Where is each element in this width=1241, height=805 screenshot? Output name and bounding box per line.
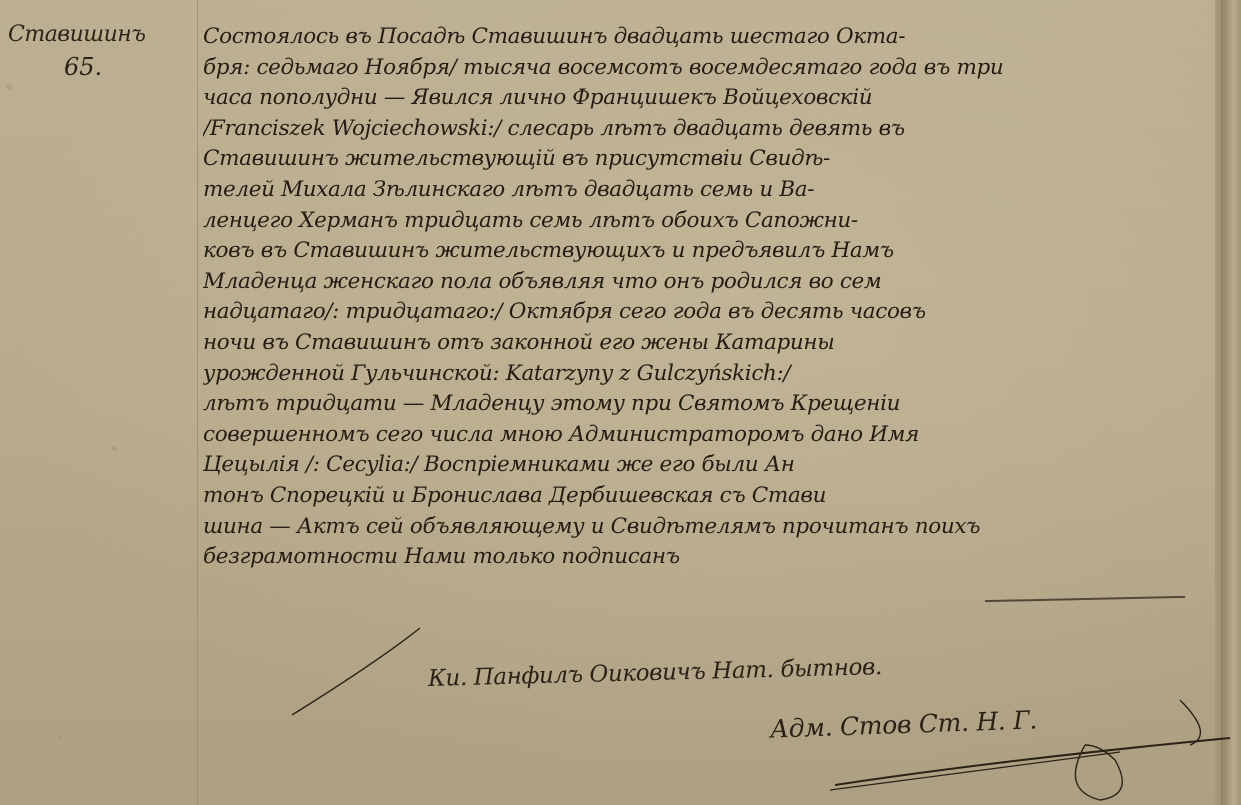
signature-official: Ки. Панфилъ Оиковичъ Нат. бытнов. [428,654,882,692]
text-line: ленцего Херманъ тридцать семь лѣтъ обоих… [203,206,1203,237]
margin-annotation: Ставишинъ 65. [8,20,193,84]
text-line: тонъ Спорецкiй и Бронислава Дербишевская… [203,481,1203,512]
text-line: урожденной Гульчинской: Katarzyny z Gulc… [203,359,1203,390]
text-line: лѣтъ тридцати — Младенцу этому при Свято… [203,389,1203,420]
margin-rule-line [197,0,198,805]
record-body: Состоялось въ Посадѣ Ставишинъ двадцать … [203,22,1203,573]
text-line: бря: седьмаго Ноября/ тысяча восемсотъ в… [203,53,1203,84]
text-line: Состоялось въ Посадѣ Ставишинъ двадцать … [203,22,1203,53]
text-line: безграмотности Нами только подписанъ [203,542,1203,573]
text-line: Младенца женскаго пола объявляя что онъ … [203,267,1203,298]
text-line: Цецылiя /: Cecylia:/ Воспрiемниками же е… [203,450,1203,481]
text-line: телей Михала Зѣлинскаго лѣтъ двадцать се… [203,175,1203,206]
text-line: Ставишинъ жительствующiй въ присутствiи … [203,144,1203,175]
record-number: 65. [64,50,193,84]
text-line: ночи въ Ставишинъ отъ законной его жены … [203,328,1203,359]
text-line: /Franciszek Wojciechowski:/ слесарь лѣтъ… [203,114,1203,145]
closing-line-flourish [985,596,1185,602]
text-line: часа пополудни — Явился лично Францишекъ… [203,83,1203,114]
paper-stain [6,84,12,90]
margin-place-name: Ставишинъ [8,20,193,50]
text-line: надцатаго/: тридцатаго:/ Октября сего го… [203,297,1203,328]
text-line: совершенномъ сего числа мною Администрат… [203,420,1203,451]
text-line: ковъ въ Ставишинъ жительствующихъ и пред… [203,236,1203,267]
paper-stain [112,446,117,451]
text-line: шина — Актъ сей объявляющему и Свидѣтеля… [203,512,1203,543]
paper-stain [58,735,62,739]
book-binding-edge [1215,0,1241,805]
signature-administrator: Адм. Стов Ст. Н. Г. [770,705,1038,743]
document-page: Ставишинъ 65. Состоялось въ Посадѣ Стави… [0,0,1241,805]
